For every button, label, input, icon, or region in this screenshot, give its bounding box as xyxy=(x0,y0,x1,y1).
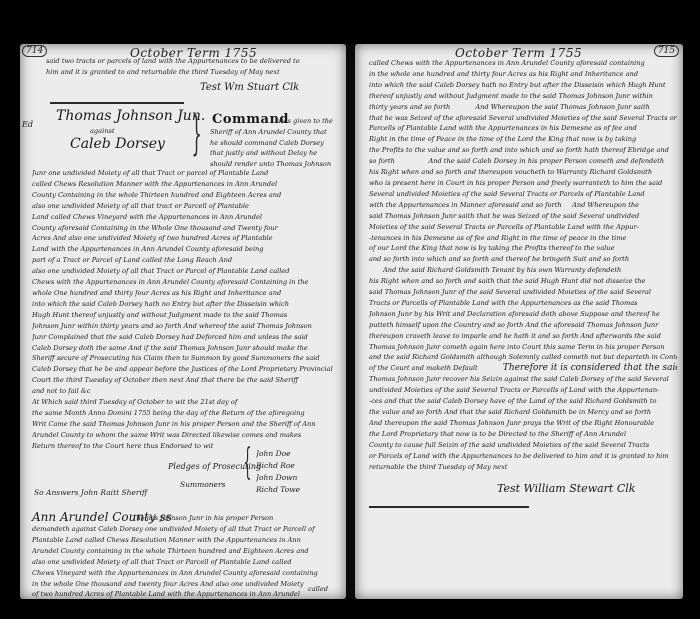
brace-symbol: { xyxy=(243,440,251,486)
page-number: 715 xyxy=(654,45,679,57)
judgment-body: called Chews with the Appurtenances in A… xyxy=(369,58,677,472)
plaintiff-name: Thomas Johnson Jun. xyxy=(56,108,205,124)
margin-note: Ed xyxy=(22,120,33,129)
defendant-name: Caleb Dorsey xyxy=(70,136,165,152)
book-gutter xyxy=(346,44,355,599)
page-number: 714 xyxy=(22,45,47,57)
writ-body: Junr one undivided Moiety of all that Tr… xyxy=(32,168,342,452)
pledges-names: John Doe Richd Roe John Down Richd Towe xyxy=(256,448,300,496)
right-page: October Term 1755 715 called Chews with … xyxy=(355,44,683,599)
catchword: called xyxy=(308,584,328,595)
command-intro-continued: Sheriff of Ann Arundel County that he sh… xyxy=(210,127,331,169)
brace-symbol: } xyxy=(192,110,202,156)
divider-rule xyxy=(50,102,184,104)
attestation-signature: Test Wm Stuart Clk xyxy=(200,82,299,93)
attestation-signature: Test William Stewart Clk xyxy=(497,482,635,495)
summoners-label: Summoners xyxy=(180,480,225,491)
command-intro: was given to the xyxy=(278,116,333,127)
opening-lines: said two tracts or parcels of land with … xyxy=(46,56,300,78)
left-page: 714 October Term 1755 said two tracts or… xyxy=(20,44,346,599)
divider-rule xyxy=(369,506,529,508)
count-body: demandeth against Caleb Dorsey one undiv… xyxy=(32,524,342,599)
sheriff-return: So Answers John Raitt Sheriff xyxy=(34,488,147,499)
count-first-line: Thomas Johnson Junr in his proper Person xyxy=(132,513,273,524)
